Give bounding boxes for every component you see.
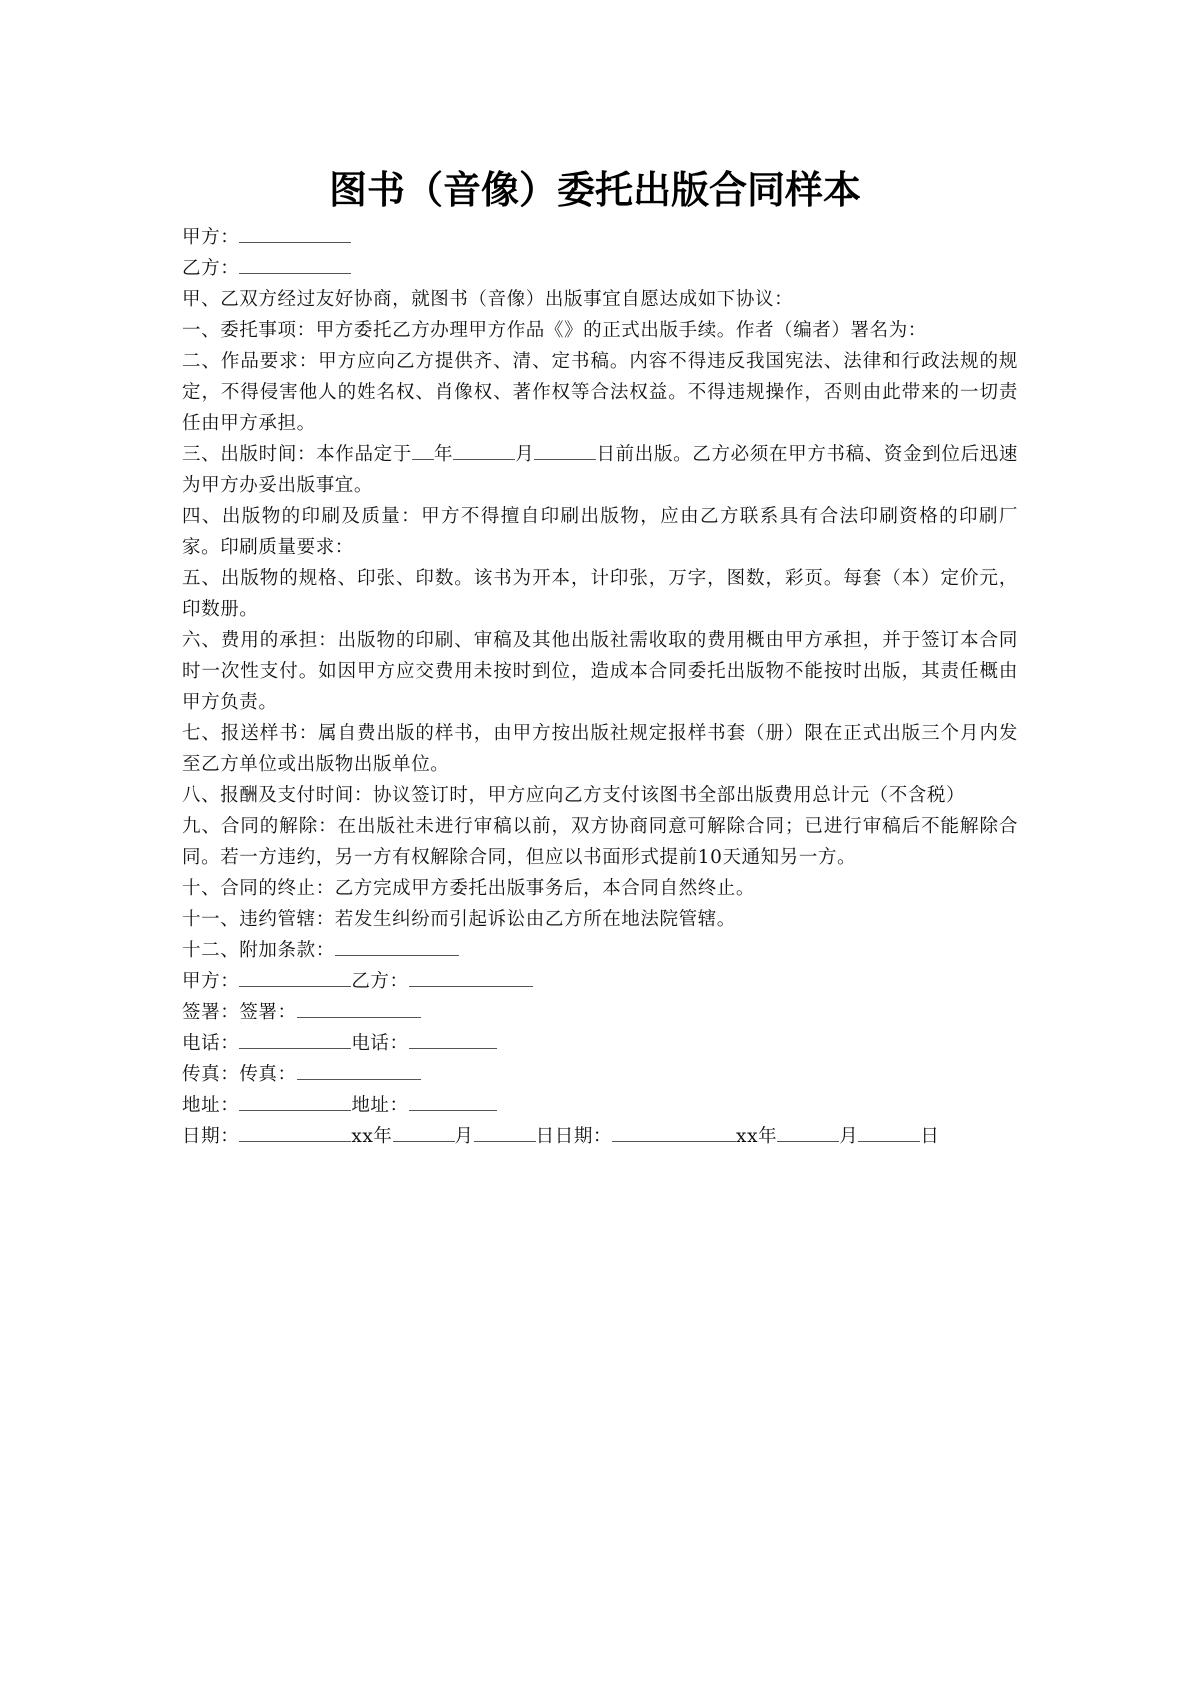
date-a-day-blank[interactable]	[474, 1123, 536, 1142]
month-blank[interactable]	[453, 441, 515, 460]
signature-fax-row: 传真：传真：	[182, 1059, 1018, 1090]
day-blank[interactable]	[534, 441, 596, 460]
signature-address-row: 地址：地址：	[182, 1090, 1018, 1121]
date-b-year: 年	[758, 1126, 777, 1147]
sign-a-label: 签署：	[182, 1002, 239, 1023]
date-b-month: 月	[839, 1126, 858, 1147]
clause-3-month: 月	[515, 444, 534, 465]
additional-terms-blank[interactable]	[335, 937, 459, 956]
document-body: 甲方： 乙方： 甲、乙双方经过友好协商，就图书（音像）出版事宜自愿达成如下协议：…	[182, 222, 1018, 1152]
clause-6: 六、费用的承担：出版物的印刷、审稿及其他出版社需收取的费用概由甲方承担，并于签订…	[182, 625, 1018, 718]
signature-date-row: 日期：xx年月日日期：xx年月日	[182, 1121, 1018, 1152]
date-a-year: 年	[373, 1126, 392, 1147]
intro-paragraph: 甲、乙双方经过友好协商，就图书（音像）出版事宜自愿达成如下协议：	[182, 284, 1018, 315]
date-b-year-prefix: xx	[736, 1126, 758, 1147]
address-b-label: 地址：	[351, 1095, 408, 1116]
date-b-day: 日	[920, 1126, 939, 1147]
fax-blank[interactable]	[297, 1061, 421, 1080]
date-b-day-blank[interactable]	[858, 1123, 920, 1142]
sign-blank[interactable]	[297, 999, 421, 1018]
phone-b-blank[interactable]	[409, 1030, 497, 1049]
address-a-label: 地址：	[182, 1095, 239, 1116]
party-a-label: 甲方：	[182, 227, 239, 248]
date-a-month: 月	[455, 1126, 474, 1147]
date-a-month-blank[interactable]	[393, 1123, 455, 1142]
clause-4: 四、出版物的印刷及质量：甲方不得擅自印刷出版物，应由乙方联系具有合法印刷资格的印…	[182, 501, 1018, 563]
clause-9: 九、合同的解除：在出版社未进行审稿以前，双方协商同意可解除合同；已进行审稿后不能…	[182, 811, 1018, 873]
party-a-line: 甲方：	[182, 222, 1018, 253]
clause-2: 二、作品要求：甲方应向乙方提供齐、清、定书稿。内容不得违反我国宪法、法律和行政法…	[182, 346, 1018, 439]
phone-a-label: 电话：	[182, 1033, 239, 1054]
phone-b-label: 电话：	[351, 1033, 408, 1054]
sig-party-b-label: 乙方：	[351, 971, 408, 992]
clause-3-year: 年	[434, 444, 453, 465]
party-a-blank[interactable]	[239, 224, 351, 243]
date-a-day: 日	[536, 1126, 555, 1147]
signature-party-row: 甲方：乙方：	[182, 966, 1018, 997]
date-b-month-blank[interactable]	[777, 1123, 839, 1142]
clause-7: 七、报送样书：属自费出版的样书，由甲方按出版社规定报样书套（册）限在正式出版三个…	[182, 718, 1018, 780]
address-b-blank[interactable]	[409, 1092, 497, 1111]
signature-phone-row: 电话：电话：	[182, 1028, 1018, 1059]
clause-8: 八、报酬及支付时间：协议签订时，甲方应向乙方支付该图书全部出版费用总计元（不含税…	[182, 780, 1018, 811]
party-b-blank[interactable]	[239, 255, 351, 274]
address-a-blank[interactable]	[239, 1092, 351, 1111]
date-a-year-prefix: xx	[351, 1126, 373, 1147]
year-blank[interactable]	[412, 441, 434, 460]
signature-sign-row: 签署：签署：	[182, 997, 1018, 1028]
clause-12-label: 十二、附加条款：	[182, 940, 335, 961]
document-title: 图书（音像）委托出版合同样本	[0, 162, 1190, 218]
sig-party-b-blank[interactable]	[409, 968, 533, 987]
party-b-line: 乙方：	[182, 253, 1018, 284]
clause-3-text-a: 三、出版时间：本作品定于	[182, 444, 412, 465]
sign-b-label: 签署：	[239, 1002, 296, 1023]
clause-5: 五、出版物的规格、印张、印数。该书为开本，计印张，万字，图数，彩页。每套（本）定…	[182, 563, 1018, 625]
date-b-blank[interactable]	[612, 1123, 736, 1142]
date-a-label: 日期：	[182, 1126, 239, 1147]
party-b-label: 乙方：	[182, 258, 239, 279]
clause-12: 十二、附加条款：	[182, 935, 1018, 966]
clause-10: 十、合同的终止：乙方完成甲方委托出版事务后，本合同自然终止。	[182, 873, 1018, 904]
phone-a-blank[interactable]	[239, 1030, 351, 1049]
sig-party-a-label: 甲方：	[182, 971, 239, 992]
date-a-blank[interactable]	[239, 1123, 351, 1142]
sig-party-a-blank[interactable]	[239, 968, 351, 987]
date-b-label: 日期：	[555, 1126, 612, 1147]
clause-1: 一、委托事项：甲方委托乙方办理甲方作品《》的正式出版手续。作者（编者）署名为：	[182, 315, 1018, 346]
fax-a-label: 传真：	[182, 1064, 239, 1085]
fax-b-label: 传真：	[239, 1064, 296, 1085]
document-page: 图书（音像）委托出版合同样本 甲方： 乙方： 甲、乙双方经过友好协商，就图书（音…	[0, 0, 1190, 1683]
clause-11: 十一、违约管辖：若发生纠纷而引起诉讼由乙方所在地法院管辖。	[182, 904, 1018, 935]
clause-3: 三、出版时间：本作品定于年月日前出版。乙方必须在甲方书稿、资金到位后迅速为甲方办…	[182, 439, 1018, 501]
